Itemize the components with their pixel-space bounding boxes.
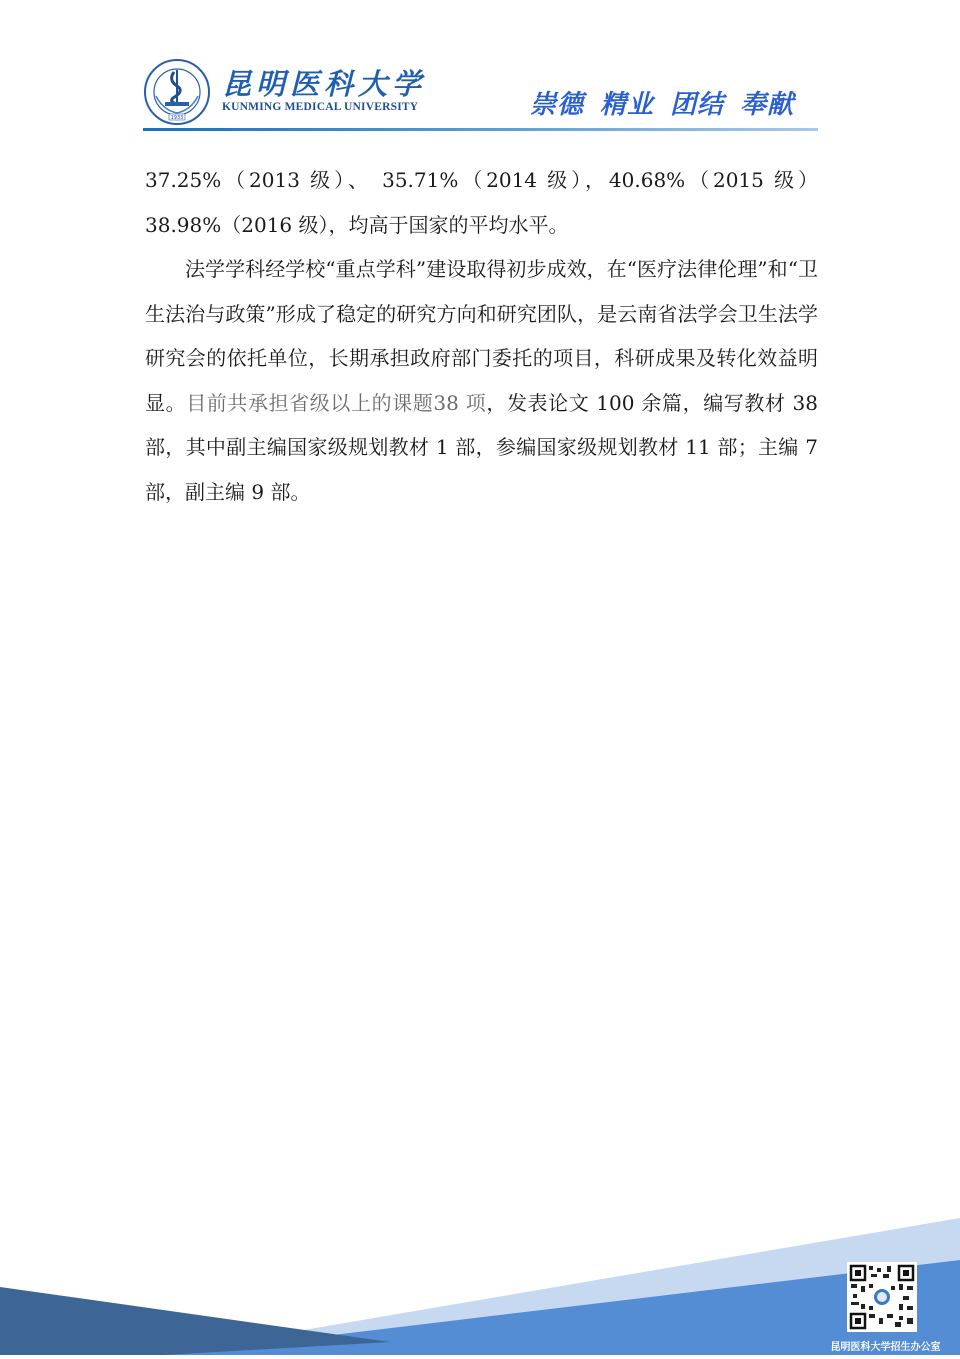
text-segment-highlight: 目前共承担省级以上的课题38 项	[186, 391, 486, 415]
paragraph-enrollment-rates: 37.25%（2013 级）、 35.71%（2014 级），40.68%（20…	[145, 158, 818, 247]
school-name-en: KUNMING MEDICAL UNIVERSITY	[222, 101, 418, 113]
header-divider	[143, 128, 818, 131]
svg-text:1933: 1933	[171, 115, 184, 121]
page-footer	[0, 1200, 960, 1359]
document-body: 37.25%（2013 级）、 35.71%（2014 级），40.68%（20…	[145, 158, 818, 514]
qr-caption: 昆明医科大学招生办公室	[818, 1338, 953, 1353]
school-motto: 崇德 精业 团结 奉献	[530, 84, 794, 121]
university-emblem-icon: 1933	[143, 58, 211, 126]
paragraph-law-discipline: 法学学科经学校“重点学科”建设取得初步成效，在“医疗法律伦理”和“卫生法治与政策…	[145, 247, 818, 514]
footer-wave-decoration	[0, 1200, 960, 1359]
qr-code-icon[interactable]	[847, 1262, 917, 1332]
page-header: 1933 昆明医科大学 KUNMING MEDICAL UNIVERSITY 崇…	[0, 0, 960, 140]
school-name-cn: 昆明医科大学	[222, 62, 426, 103]
